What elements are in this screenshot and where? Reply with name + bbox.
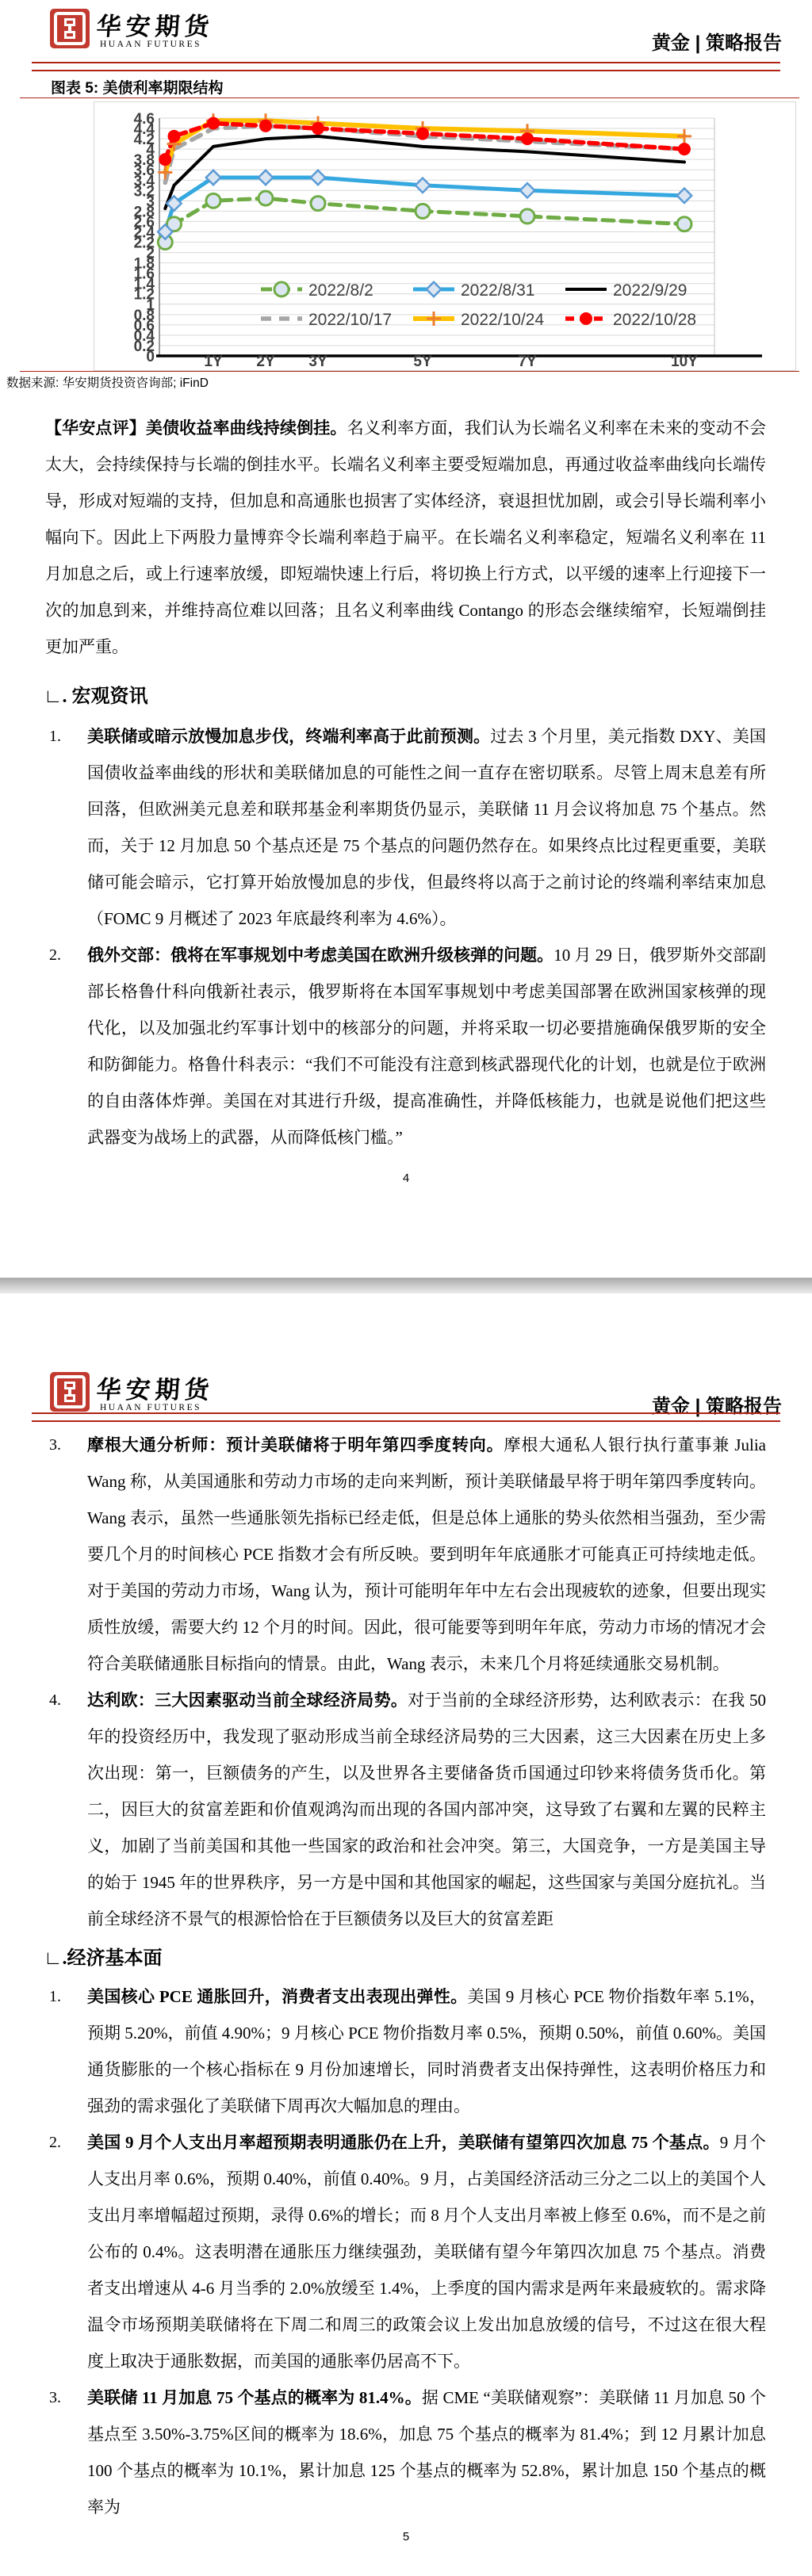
- svg-text:7Y: 7Y: [518, 354, 537, 369]
- comment-body: 名义利率方面，我们认为长端名义利率在未来的变动不会太大，会持续保持与长端的倒挂水…: [45, 419, 766, 656]
- economy-list: 1. 美国核心 PCE 通胀回升，消费者支出表现出弹性。美国 9 月核心 PCE…: [46, 1978, 766, 2525]
- item-number: 4.: [49, 1682, 61, 1718]
- svg-text:2Y: 2Y: [256, 354, 275, 369]
- figure-label: 图表 5: 美债利率期限结构: [51, 76, 223, 97]
- svg-text:10Y: 10Y: [671, 354, 698, 369]
- brand-name-en: HUAAN FUTURES: [100, 1403, 201, 1412]
- item-body: 摩根大通私人银行执行董事兼 Julia Wang 称，从美国通胀和劳动力市场的走…: [87, 1435, 766, 1673]
- huaan-futures-logo-icon: [49, 1371, 90, 1412]
- huaan-futures-logo-icon: [49, 8, 90, 49]
- svg-text:3Y: 3Y: [308, 354, 327, 369]
- figure-bottom-rule: [20, 371, 799, 372]
- item-number: 2.: [49, 937, 61, 973]
- brand-name-en: HUAAN FUTURES: [100, 40, 201, 49]
- list-item: 1. 美国核心 PCE 通胀回升，消费者支出表现出弹性。美国 9 月核心 PCE…: [46, 1978, 766, 2124]
- item-body: 过去 3 个月里，美元指数 DXY、美国国债收益率曲线的形状和美联储加息的可能性…: [87, 727, 766, 928]
- list-item: 3. 摩根大通分析师：预计美联储将于明年第四季度转向。摩根大通私人银行执行董事兼…: [46, 1427, 766, 1682]
- svg-text:4.6: 4.6: [134, 111, 155, 128]
- item-lead: 俄外交部：俄将在军事规划中考虑美国在欧洲升级核弹的问题。: [87, 946, 553, 965]
- term-structure-plot: 00.20.40.60.811.21.41.61.822.22.42.62.83…: [94, 102, 794, 369]
- page-number: 4: [0, 1171, 812, 1185]
- header-divider: [32, 62, 780, 71]
- report-page-1: 华安期货 HUAAN FUTURES 黄金 | 策略报告 图表 5: 美债利率期…: [0, 0, 812, 1278]
- section-title-macro: ∟. 宏观资讯: [44, 680, 148, 708]
- item-body: 对于当前的全球经济形势，达利欧表示：在我 50 年的投资经历中，我发现了驱动形成…: [87, 1691, 766, 1928]
- item-number: 2.: [49, 2124, 61, 2161]
- item-lead: 美联储 11 月加息 75 个基点的概率为 81.4%。: [87, 2388, 422, 2407]
- macro-list-part1: 1. 美联储或暗示放慢加息步伐，终端利率高于此前预测。过去 3 个月里，美元指数…: [46, 718, 766, 1156]
- item-body: 美国 9 月核心 PCE 物价指数年率 5.1%，预期 5.20%，前值 4.9…: [87, 1987, 766, 2115]
- svg-text:1Y: 1Y: [204, 354, 223, 369]
- item-body: 据 CME “美联储观察”：美联储 11 月加息 50 个基点至 3.50%-3…: [87, 2388, 766, 2517]
- header-divider: [32, 1412, 780, 1422]
- macro-list-part2: 3. 摩根大通分析师：预计美联储将于明年第四季度转向。摩根大通私人银行执行董事兼…: [46, 1427, 766, 1937]
- item-body: 9 月个人支出月率 0.6%，预期 0.40%，前值 0.40%。9 月，占美国…: [87, 2133, 766, 2371]
- svg-text:2022/9/29: 2022/9/29: [613, 281, 687, 300]
- item-lead: 美联储或暗示放慢加息步伐，终端利率高于此前预测。: [87, 727, 490, 746]
- item-number: 1.: [49, 718, 61, 755]
- item-body: 10 月 29 日，俄罗斯外交部副部长格鲁什科向俄新社表示，俄罗斯将在本国军事规…: [87, 946, 766, 1147]
- svg-text:2022/10/17: 2022/10/17: [308, 311, 392, 329]
- list-item: 3. 美联储 11 月加息 75 个基点的概率为 81.4%。据 CME “美联…: [46, 2379, 766, 2525]
- list-item: 2. 美国 9 月个人支出月率超预期表明通胀仍在上升，美联储有望第四次加息 75…: [46, 2124, 766, 2379]
- brand-name: 华安期货: [95, 6, 215, 42]
- comment-lead: 【华安点评】美债收益率曲线持续倒挂。: [45, 419, 347, 438]
- huaan-comment: 【华安点评】美债收益率曲线持续倒挂。名义利率方面，我们认为长端名义利率在未来的变…: [45, 410, 766, 665]
- page-separator: [0, 1278, 812, 1294]
- list-item: 1. 美联储或暗示放慢加息步伐，终端利率高于此前预测。过去 3 个月里，美元指数…: [46, 718, 766, 937]
- list-item: 2. 俄外交部：俄将在军事规划中考虑美国在欧洲升级核弹的问题。10 月 29 日…: [46, 937, 766, 1156]
- yield-curve-chart: 00.20.40.60.811.21.41.61.822.22.42.62.83…: [94, 101, 796, 371]
- svg-text:2022/8/31: 2022/8/31: [461, 281, 534, 300]
- brand-name: 华安期货: [95, 1370, 215, 1405]
- svg-text:2022/10/24: 2022/10/24: [461, 311, 544, 329]
- svg-text:2022/10/28: 2022/10/28: [613, 311, 696, 329]
- item-lead: 美国 9 月个人支出月率超预期表明通胀仍在上升，美联储有望第四次加息 75 个基…: [87, 2133, 720, 2152]
- report-page-2: 华安期货 HUAAN FUTURES 黄金 | 策略报告 3. 摩根大通分析师：…: [0, 1294, 812, 2560]
- svg-text:2022/8/2: 2022/8/2: [308, 281, 373, 300]
- data-source: 数据来源: 华安期货投资咨询部; iFinD: [6, 373, 209, 391]
- doc-title: 黄金 | 策略报告: [652, 27, 782, 55]
- item-lead: 摩根大通分析师：预计美联储将于明年第四季度转向。: [87, 1435, 504, 1454]
- item-number: 1.: [49, 1978, 61, 2015]
- svg-text:5Y: 5Y: [413, 354, 432, 369]
- list-item: 4. 达利欧：三大因素驱动当前全球经济局势。对于当前的全球经济形势，达利欧表示：…: [46, 1682, 766, 1937]
- item-number: 3.: [49, 1427, 61, 1463]
- item-lead: 达利欧：三大因素驱动当前全球经济局势。: [87, 1691, 408, 1710]
- item-number: 3.: [49, 2379, 61, 2416]
- page-number: 5: [0, 2530, 812, 2544]
- section-title-economy: ∟.经济基本面: [44, 1942, 163, 1970]
- item-lead: 美国核心 PCE 通胀回升，消费者支出表现出弹性。: [87, 1987, 468, 2006]
- figure-top-rule: [20, 97, 799, 98]
